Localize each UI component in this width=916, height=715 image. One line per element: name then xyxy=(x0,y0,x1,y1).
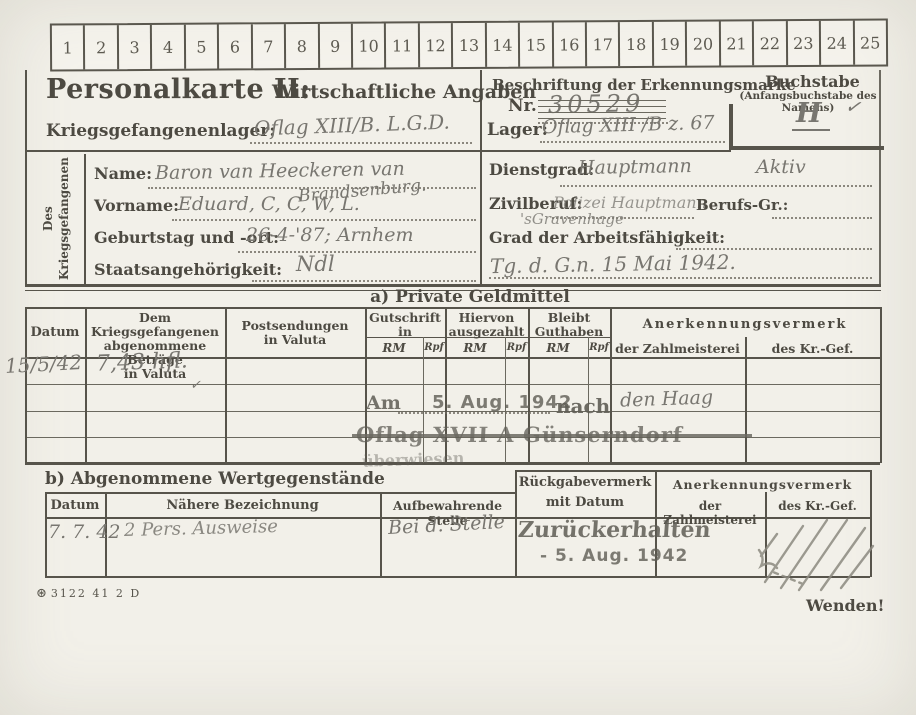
wohnort-value: 'sGravenhage xyxy=(520,210,624,228)
col-anerkennungsvermerk: Anerkennungsvermerk xyxy=(610,317,880,332)
entry-datum: 15/5/42 xyxy=(4,350,82,378)
col-rpf: Rpf xyxy=(588,342,610,353)
col-rueckgabevermerk: Rückgabevermerk xyxy=(515,475,655,490)
col-postsendungen: Postsendungen in Valuta xyxy=(225,319,365,347)
berufsgruppe-line xyxy=(772,217,872,219)
printers-mark-icon: ⊛ xyxy=(36,586,47,601)
col-datum: Datum xyxy=(25,325,85,340)
table-b-line xyxy=(515,470,870,472)
strip-cell: 17 xyxy=(587,22,621,66)
entry-checkmark: ✓ xyxy=(190,378,201,393)
letter-value: H xyxy=(792,98,830,131)
berufsgruppe-label: Berufs-Gr.: xyxy=(696,196,788,214)
col-rpf: Rpf xyxy=(505,342,528,353)
hdr-line: in Valuta xyxy=(225,333,365,347)
strip-cell: 5 xyxy=(186,25,220,69)
strip-cell: 20 xyxy=(687,21,721,65)
turn-over-note: Wenden! xyxy=(806,596,885,615)
hdr-line: in xyxy=(365,325,445,339)
col-bleibt-guthaben: Bleibt Guthaben xyxy=(528,311,610,339)
strip-cell: 1 xyxy=(52,25,86,69)
entry-stelle: Bei d. Stelle xyxy=(388,511,506,539)
divider xyxy=(84,154,86,284)
letter-box-border xyxy=(729,146,884,150)
geburtstag-line xyxy=(238,251,476,253)
strip-cell: 25 xyxy=(854,20,886,64)
tag-nr-label: Nr. xyxy=(508,96,537,116)
letter-checkmark: ✓ xyxy=(844,95,863,119)
nr-strike xyxy=(538,106,666,107)
table-a-line xyxy=(880,307,882,463)
strip-cell: 9 xyxy=(319,24,353,68)
entry-betrag: 7,43 hfl. xyxy=(96,348,189,376)
camp-line xyxy=(250,142,472,144)
hdr-line: Bleibt xyxy=(528,311,610,325)
print-code-block: ⊛3122 41 2 D xyxy=(36,586,141,601)
dienstgrad-line xyxy=(560,185,872,187)
strip-cell: 18 xyxy=(620,22,654,66)
col-anerkennungsvermerk: Anerkennungsvermerk xyxy=(655,477,870,492)
dienstgrad-value: Hauptmann xyxy=(578,155,692,179)
note-line xyxy=(489,277,872,279)
strip-cell: 8 xyxy=(286,24,320,68)
table-a-title: a) Private Geldmittel xyxy=(360,287,580,307)
strip-cell: 11 xyxy=(386,23,420,67)
staatsangehoerigkeit-value: Ndl xyxy=(296,252,335,276)
strip-cell: 24 xyxy=(821,21,855,65)
transfer-destination: den Haag xyxy=(620,386,714,411)
col-hiervon-ausgezahlt: Hiervon ausgezahlt xyxy=(445,311,528,339)
hdr-line: Postsendungen xyxy=(225,319,365,333)
strip-cell: 22 xyxy=(754,21,788,65)
strip-cell: 2 xyxy=(85,25,119,69)
strip-cell: 7 xyxy=(252,24,286,68)
arbeitsfaehigkeit-label: Grad der Arbeitsfähigkeit: xyxy=(489,228,725,247)
dienstgrad-value2: Aktiv xyxy=(756,156,806,178)
divider xyxy=(25,70,27,286)
returned-stamp: Zurückerhalten xyxy=(517,517,711,543)
tag-lager-label: Lager: xyxy=(487,120,548,140)
transfer-stamp-am: Am xyxy=(366,392,401,414)
col-zahlmeisterei: der Zahlmeisterei xyxy=(610,341,745,356)
strip-cell: 13 xyxy=(453,23,487,67)
strip-cell: 10 xyxy=(353,24,387,68)
returned-stamp-date: - 5. Aug. 1942 xyxy=(540,546,688,566)
col-naehere-bezeichnung: Nähere Bezeichnung xyxy=(105,498,380,513)
scanned-card: 1234567891011121314151617181920212223242… xyxy=(0,0,916,715)
col-rueckgabevermerk-datum: mit Datum xyxy=(515,495,655,510)
stamp-strike xyxy=(352,434,752,437)
arbeitsfaehigkeit-note: Tg. d. G.n. 15 Mai 1942. xyxy=(490,250,736,278)
faint-stamp-ueberwiesen: überwiesen xyxy=(362,448,465,471)
col-kr-gef: des Kr.-Gef. xyxy=(745,341,880,356)
table-a-line xyxy=(25,307,880,309)
strip-cell: 12 xyxy=(420,23,454,67)
staatsangehoerigkeit-label: Staatsangehörigkeit: xyxy=(94,260,282,279)
signature-mark xyxy=(745,498,877,592)
camp-value: Oflag XIII/B. L.G.D. xyxy=(254,110,451,141)
strip-cell: 14 xyxy=(487,23,521,67)
strip-cell: 15 xyxy=(520,22,554,66)
tag-lager-value: Oflag XIII /B z. 67 xyxy=(542,112,715,139)
strip-cell: 16 xyxy=(553,22,587,66)
strip-cell: 23 xyxy=(787,21,821,65)
table-b-line xyxy=(45,492,515,494)
col-rpf: Rpf xyxy=(423,342,445,353)
side-label-line: Des xyxy=(41,156,55,282)
vorname-line xyxy=(172,219,476,221)
strip-cell: 19 xyxy=(654,22,688,66)
col-rm: RM xyxy=(365,341,423,355)
col-gutschrift: Gutschrift in xyxy=(365,311,445,339)
col-rm: RM xyxy=(445,341,505,355)
table-a-line xyxy=(25,384,880,385)
strip-cell: 21 xyxy=(721,21,755,65)
side-label: Des Kriegsgefangenen xyxy=(30,156,82,282)
strip-cell: 6 xyxy=(219,24,253,68)
hdr-line: Guthaben xyxy=(528,325,610,339)
col-rm: RM xyxy=(528,341,588,355)
camp-label: Kriegsgefangenenlager: xyxy=(46,121,276,141)
entry-datum: 7. 7. 42 xyxy=(48,521,121,543)
staatsangehoerigkeit-line xyxy=(252,280,476,282)
number-strip: 1234567891011121314151617181920212223242… xyxy=(50,18,888,71)
hdr-line: Dem Kriegsgefangenen xyxy=(85,311,225,339)
name-label: Name: xyxy=(94,164,152,183)
entry-bezeichnung: 2 Pers. Ausweise xyxy=(124,516,278,541)
table-b-title: b) Abgenommene Wertgegenstände xyxy=(45,469,385,489)
transfer-stamp-date: 5. Aug. 1942 xyxy=(432,392,572,413)
vorname-label: Vorname: xyxy=(94,196,179,215)
side-label-line: Kriegsgefangenen xyxy=(57,156,71,282)
letter-heading: Buchstabe xyxy=(750,72,875,91)
strip-cell: 3 xyxy=(119,25,153,69)
hdr-line: ausgezahlt xyxy=(445,325,528,339)
divider xyxy=(25,150,731,152)
hdr-line: Gutschrift xyxy=(365,311,445,325)
hdr-line: Hiervon xyxy=(445,311,528,325)
geburtstag-value: 26-4-'87; Arnhem xyxy=(246,224,413,246)
vorname-value: Eduard, C, C, W, L. xyxy=(178,193,360,215)
transfer-stamp-nach: nach xyxy=(556,394,610,418)
col-datum: Datum xyxy=(45,498,105,513)
print-code: 3122 41 2 D xyxy=(51,587,141,600)
strip-cell: 4 xyxy=(152,25,186,69)
lager-line xyxy=(540,141,725,143)
nr-strike xyxy=(538,100,666,101)
